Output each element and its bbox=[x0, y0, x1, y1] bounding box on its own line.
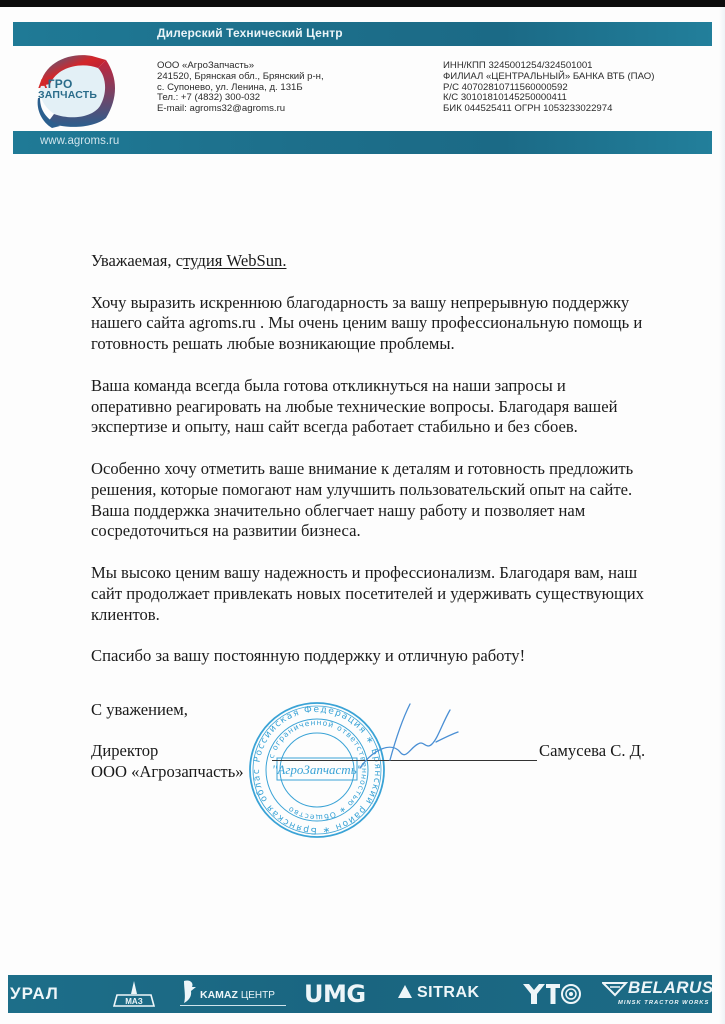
company-contact-block: ООО «АгроЗапчасть» 241520, Брянская обл.… bbox=[157, 61, 324, 115]
greeting: Уважаемая, студия WebSun. bbox=[91, 251, 681, 272]
maz-logo-icon: МАЗ bbox=[111, 980, 157, 1008]
paragraph-3: Особенно хочу отметить ваше внимание к д… bbox=[91, 459, 681, 542]
company-address-line-1: 241520, Брянская обл., Брянский р-н, bbox=[157, 72, 324, 83]
letterhead-bottom-bar: www.agroms.ru bbox=[13, 131, 712, 154]
logo-wordmark: АГРО ЗАПЧАСТЬ bbox=[38, 78, 97, 101]
kamaz-logo-icon: KAMAZ ЦЕНТР bbox=[180, 979, 290, 1009]
paragraph-4: Мы высоко ценим вашу надежность и профес… bbox=[91, 563, 681, 625]
signatory-name: Самусева С. Д. bbox=[539, 741, 645, 761]
handwritten-signature-icon bbox=[340, 690, 460, 780]
organization: ООО «Агрозапчасть» bbox=[91, 762, 244, 783]
agrozapchast-logo-icon: АГРО ЗАПЧАСТЬ bbox=[26, 48, 122, 130]
paragraph-1: Хочу выразить искреннюю благодарность за… bbox=[91, 293, 681, 355]
bik-ogrn: БИК 044525411 ОГРН 1053233022974 bbox=[443, 104, 654, 115]
belarus-logo-icon: BELARUS MINSK TRACTOR WORKS bbox=[600, 978, 712, 1010]
ural-logo-icon: УРАЛ bbox=[10, 984, 59, 1004]
letterhead-title: Дилерский Технический Центр bbox=[157, 26, 343, 40]
paragraph-5: Спасибо за вашу постоянную поддержку и о… bbox=[91, 646, 681, 667]
company-email: E-mail: agroms32@agroms.ru bbox=[157, 104, 324, 115]
scan-right-edge bbox=[719, 7, 725, 1024]
closing: С уважением, bbox=[91, 700, 188, 721]
signatory-title: Директор ООО «Агрозапчасть» bbox=[91, 741, 244, 783]
footer-brand-bar: УРАЛ МАЗ KAMAZ ЦЕНТР UMG SITRAK bbox=[8, 975, 712, 1013]
letter-body: Уважаемая, студия WebSun. Хочу выразить … bbox=[91, 251, 681, 688]
scan-edge bbox=[0, 0, 725, 7]
paragraph-2: Ваша команда всегда была готова откликну… bbox=[91, 376, 681, 438]
umg-logo-icon: UMG bbox=[304, 980, 366, 1008]
recipient-name: тудия WebSun. bbox=[183, 251, 286, 270]
position: Директор bbox=[91, 741, 244, 762]
sitrak-logo-icon: SITRAK bbox=[398, 984, 480, 1002]
website-url: www.agroms.ru bbox=[40, 135, 119, 147]
yto-logo-icon bbox=[521, 982, 581, 1006]
bank-branch: ФИЛИАЛ «ЦЕНТРАЛЬНЫЙ» БАНКА ВТБ (ПАО) bbox=[443, 72, 654, 83]
svg-text:МАЗ: МАЗ bbox=[125, 997, 142, 1006]
letterhead-top-bar: Дилерский Технический Центр bbox=[13, 22, 712, 46]
bank-details-block: ИНН/КПП 3245001254/324501001 ФИЛИАЛ «ЦЕН… bbox=[443, 61, 654, 115]
